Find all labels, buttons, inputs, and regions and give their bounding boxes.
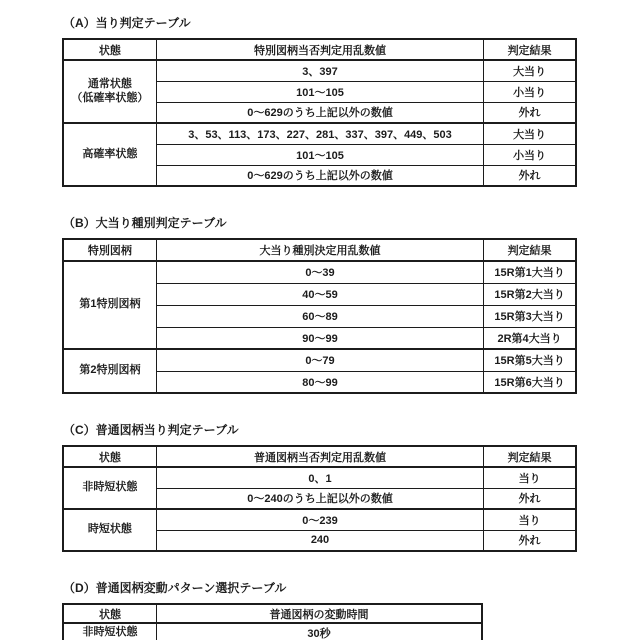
random-value-cell: 0～79 [156,349,483,371]
result-cell: 外れ [484,165,576,186]
random-value-cell: 90～99 [156,327,483,349]
table-section-D: （D）普通図柄変動パターン選択テーブル状態普通図柄の変動時間非時短状態30秒 [62,579,640,640]
state-cell: 通常状態（低確率状態） [63,60,156,123]
table-body: 通常状態（低確率状態）3、397大当り101～105小当り0～629のうち上記以… [63,60,576,186]
table-section-A: （A）当り判定テーブル状態特別図柄当否判定用乱数値判定結果通常状態（低確率状態）… [62,14,640,187]
table-body: 非時短状態30秒 [63,623,482,640]
table-header: 状態普通図柄当否判定用乱数値判定結果 [63,446,576,467]
random-value-cell: 240 [156,530,483,551]
random-value-cell: 0～240のうち上記以外の数値 [156,488,483,509]
result-cell: 2R第4大当り [484,327,576,349]
table-title-C: （C）普通図柄当り判定テーブル [63,421,640,438]
column-header: 普通図柄当否判定用乱数値 [156,446,483,467]
random-value-cell: 0、1 [156,467,483,488]
table-row: 通常状態（低確率状態）3、397大当り [63,60,576,81]
result-cell: 15R第3大当り [484,305,576,327]
state-label-line: 非時短状態 [66,481,154,495]
state-cell: 第2特別図柄 [63,349,156,393]
column-header: 特別図柄 [63,239,156,261]
result-cell: 外れ [484,488,576,509]
result-cell: 外れ [484,530,576,551]
result-cell: 当り [484,509,576,530]
random-value-cell: 80～99 [156,371,483,393]
header-row: 特別図柄大当り種別決定用乱数値判定結果 [63,239,576,261]
table-body: 第1特別図柄0～3915R第1大当り40～5915R第2大当り60～8915R第… [63,261,576,393]
header-row: 状態特別図柄当否判定用乱数値判定結果 [63,39,576,60]
document-page: （A）当り判定テーブル状態特別図柄当否判定用乱数値判定結果通常状態（低確率状態）… [0,0,640,640]
table-row: 高確率状態3、53、113、173、227、281、337、397、449、50… [63,123,576,144]
column-header: 判定結果 [484,39,576,60]
result-cell: 大当り [484,60,576,81]
random-value-cell: 30秒 [156,623,482,640]
random-value-cell: 0～629のうち上記以外の数値 [156,102,483,123]
result-cell: 当り [484,467,576,488]
result-cell: 15R第2大当り [484,283,576,305]
table-row: 第1特別図柄0～3915R第1大当り [63,261,576,283]
state-cell: 高確率状態 [63,123,156,186]
state-label-line: （低確率状態） [66,92,154,106]
column-header: 大当り種別決定用乱数値 [156,239,483,261]
state-cell: 非時短状態 [63,467,156,509]
result-cell: 外れ [484,102,576,123]
random-value-cell: 3、397 [156,60,483,81]
result-cell: 大当り [484,123,576,144]
table-body: 非時短状態0、1当り0～240のうち上記以外の数値外れ時短状態0～239当り24… [63,467,576,551]
state-cell: 時短状態 [63,509,156,551]
result-cell: 15R第1大当り [484,261,576,283]
column-header: 判定結果 [484,239,576,261]
header-row: 状態普通図柄当否判定用乱数値判定結果 [63,446,576,467]
random-value-cell: 3、53、113、173、227、281、337、397、449、503 [156,123,483,144]
table-title-A: （A）当り判定テーブル [63,14,640,31]
table-row: 第2特別図柄0～7915R第5大当り [63,349,576,371]
state-label-line: 第2特別図柄 [66,364,154,378]
column-header: 特別図柄当否判定用乱数値 [156,39,483,60]
state-label-line: 通常状態 [66,78,154,92]
random-value-cell: 0～239 [156,509,483,530]
state-cell: 第1特別図柄 [63,261,156,349]
state-label-line: 第1特別図柄 [66,298,154,312]
state-label-line: 時短状態 [66,523,154,537]
table-header: 状態普通図柄の変動時間 [63,604,482,623]
result-cell: 15R第5大当り [484,349,576,371]
table-D: 状態普通図柄の変動時間非時短状態30秒 [62,603,483,640]
table-C: 状態普通図柄当否判定用乱数値判定結果非時短状態0、1当り0～240のうち上記以外… [62,445,577,552]
state-label-line: 非時短状態 [66,626,154,640]
header-row: 状態普通図柄の変動時間 [63,604,482,623]
column-header: 状態 [63,446,156,467]
random-value-cell: 101～105 [156,144,483,165]
table-row: 時短状態0～239当り [63,509,576,530]
result-cell: 小当り [484,144,576,165]
table-title-B: （B）大当り種別判定テーブル [63,214,640,231]
random-value-cell: 101～105 [156,81,483,102]
result-cell: 小当り [484,81,576,102]
table-header: 状態特別図柄当否判定用乱数値判定結果 [63,39,576,60]
column-header: 状態 [63,39,156,60]
table-section-B: （B）大当り種別判定テーブル特別図柄大当り種別決定用乱数値判定結果第1特別図柄0… [62,214,640,394]
table-section-C: （C）普通図柄当り判定テーブル状態普通図柄当否判定用乱数値判定結果非時短状態0、… [62,421,640,552]
column-header: 判定結果 [484,446,576,467]
random-value-cell: 0～39 [156,261,483,283]
state-cell: 非時短状態 [63,623,156,640]
column-header: 普通図柄の変動時間 [156,604,482,623]
table-A: 状態特別図柄当否判定用乱数値判定結果通常状態（低確率状態）3、397大当り101… [62,38,577,187]
result-cell: 15R第6大当り [484,371,576,393]
table-row: 非時短状態0、1当り [63,467,576,488]
table-B: 特別図柄大当り種別決定用乱数値判定結果第1特別図柄0～3915R第1大当り40～… [62,238,577,394]
random-value-cell: 0～629のうち上記以外の数値 [156,165,483,186]
column-header: 状態 [63,604,156,623]
random-value-cell: 60～89 [156,305,483,327]
table-header: 特別図柄大当り種別決定用乱数値判定結果 [63,239,576,261]
random-value-cell: 40～59 [156,283,483,305]
table-row: 非時短状態30秒 [63,623,482,640]
state-label-line: 高確率状態 [66,148,154,162]
table-title-D: （D）普通図柄変動パターン選択テーブル [63,579,640,596]
